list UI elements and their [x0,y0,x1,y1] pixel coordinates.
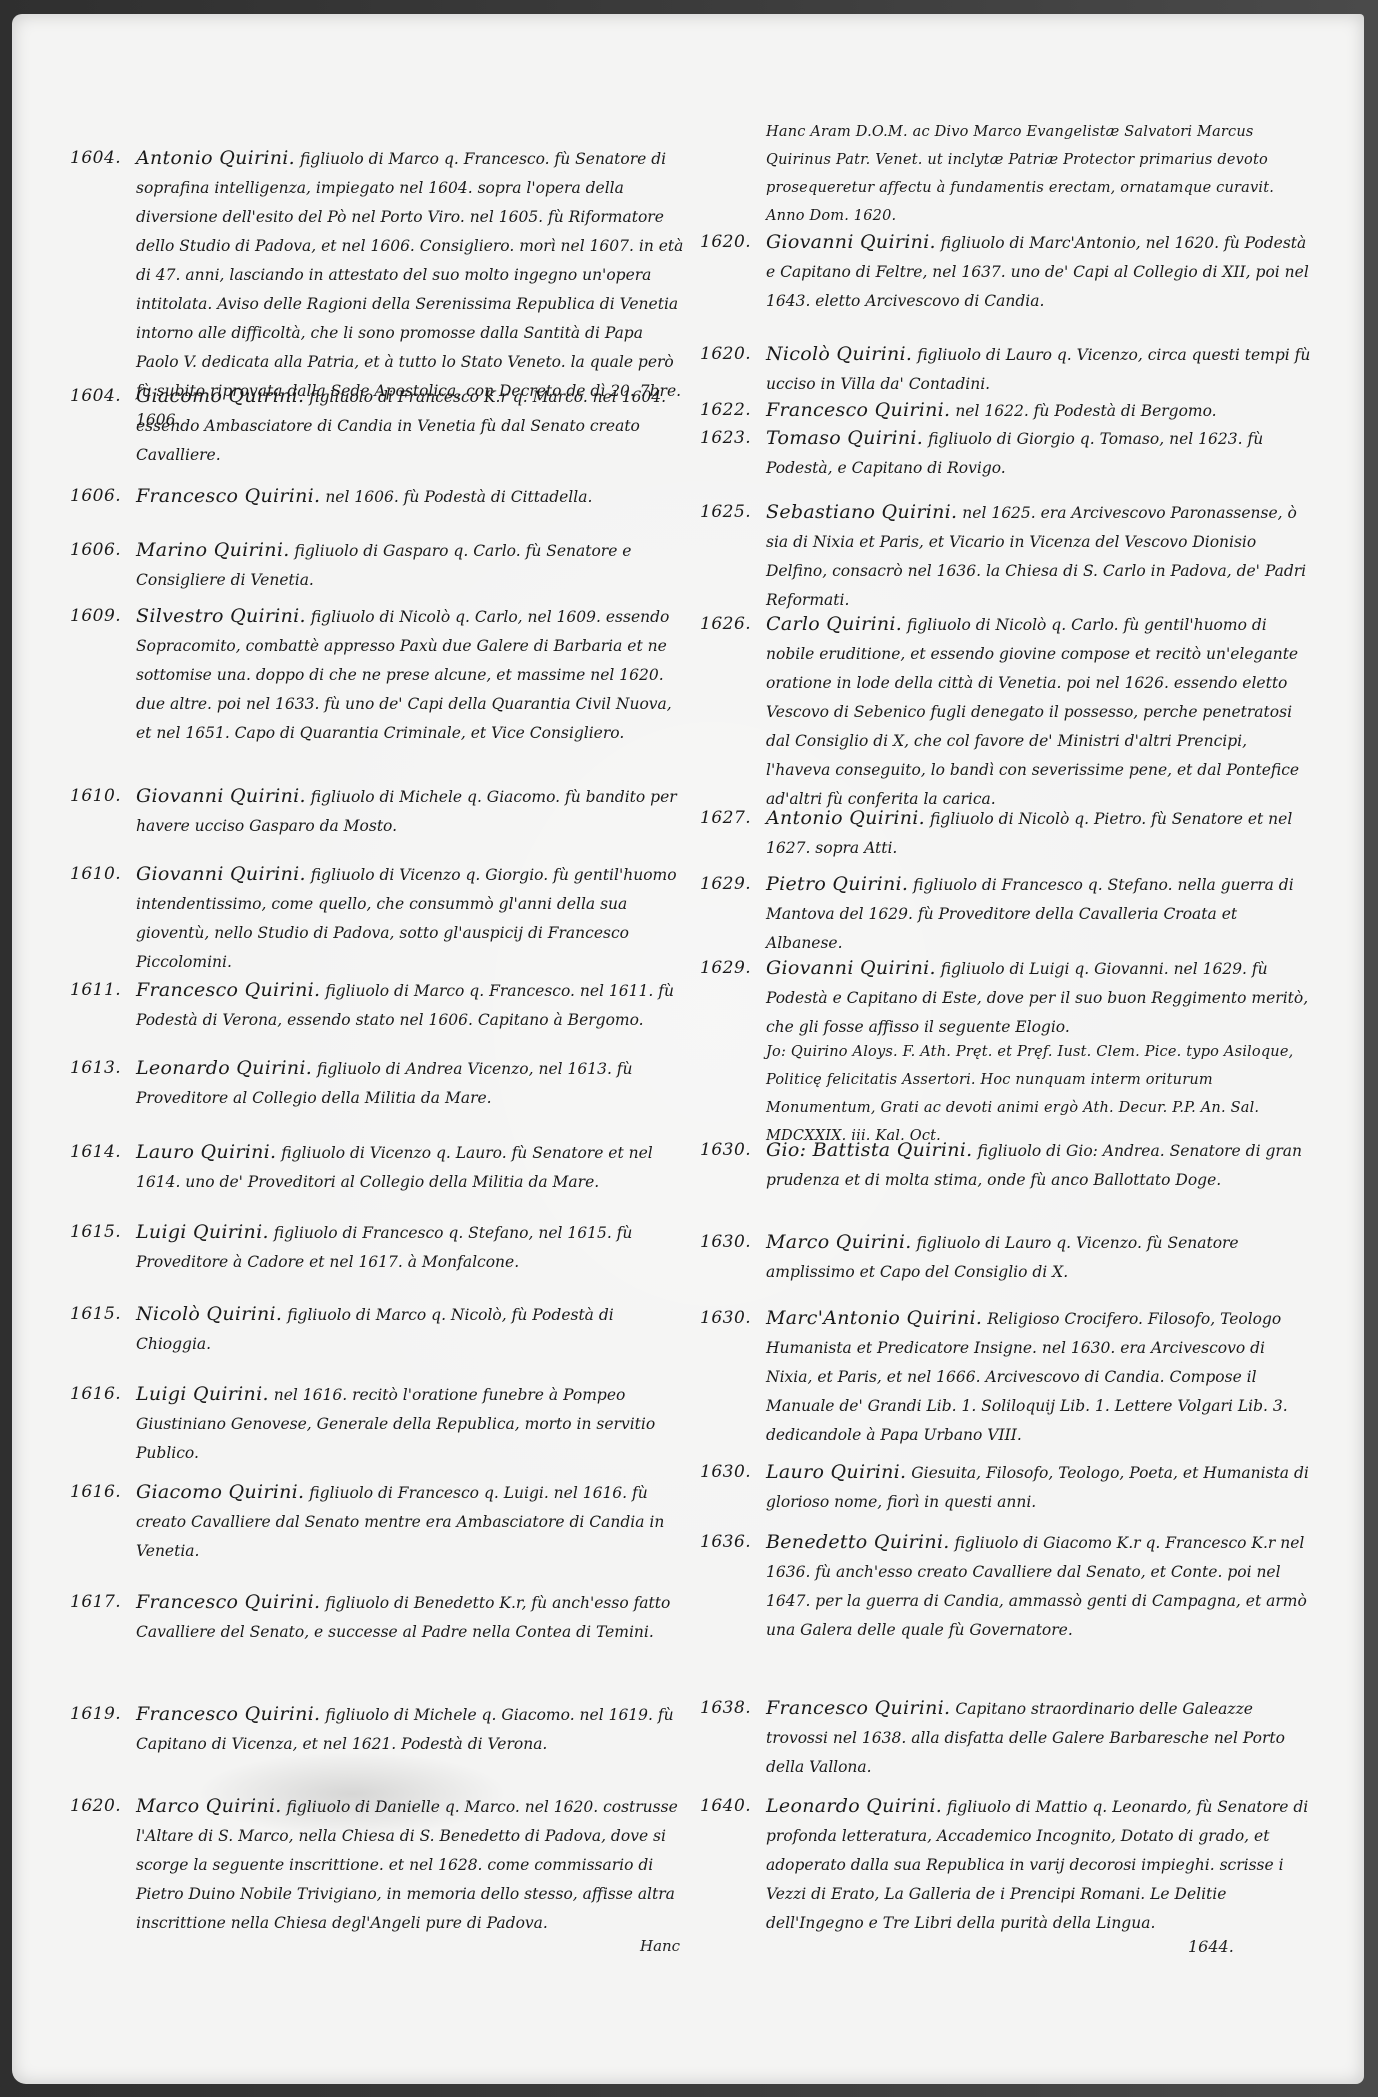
entry-name: Marco Quirini. [766,1231,912,1253]
entry: 1606. Marino Quirini. figliuolo di Gaspa… [70,536,690,595]
entry-year: 1613. [70,1054,132,1083]
entry: 1622. Francesco Quirini. nel 1622. fù Po… [700,396,1315,426]
entry-year: 1629. [700,870,762,899]
page-date: 1644. [1188,1932,1234,1961]
entry-name: Silvestro Quirini. [136,605,306,627]
entry-name: Francesco Quirini. [766,1697,950,1719]
entry-name: Giovanni Quirini. [766,957,936,979]
entry-name: Luigi Quirini. [136,1383,269,1405]
entry: 1617. Francesco Quirini. figliuolo di Be… [70,1588,690,1647]
entry: 1623. Tomaso Quirini. figliuolo di Giorg… [700,424,1315,483]
entry-year: 1609. [70,602,132,631]
entry-year: 1606. [70,536,132,565]
inscription-1629: Jo: Quirino Aloys. F. Ath. Pręt. et Pręf… [766,1038,1316,1150]
entry-year: 1625. [700,498,762,527]
manuscript-page: 1604. Antonio Quirini. figliuolo di Marc… [12,14,1364,2084]
entry-year: 1604. [70,382,132,411]
entry-name: Francesco Quirini. [766,399,950,421]
entry-name: Tomaso Quirini. [766,427,923,449]
entry-name: Benedetto Quirini. [766,1531,950,1553]
entry: 1640. Leonardo Quirini. figliuolo di Mat… [700,1792,1315,1938]
entry: 1629. Pietro Quirini. figliuolo di Franc… [700,870,1315,958]
entry-text: nel 1622. fù Podestà di Bergomo. [955,402,1216,420]
entry: 1616. Giacomo Quirini. figliuolo di Fran… [70,1478,690,1566]
entry-year: 1629. [700,954,762,983]
entry-name: Antonio Quirini. [766,807,925,829]
entry-year: 1610. [70,860,132,889]
entry: 1630. Gio: Battista Quirini. figliuolo d… [700,1136,1315,1195]
entry: 1606. Francesco Quirini. nel 1606. fù Po… [70,482,690,512]
entry-year: 1615. [70,1218,132,1247]
entry-year: 1622. [700,396,762,425]
entry-name: Gio: Battista Quirini. [766,1139,973,1161]
entry: 1638. Francesco Quirini. Capitano straor… [700,1694,1315,1782]
entry: 1616. Luigi Quirini. nel 1616. recitò l'… [70,1380,690,1468]
entry-name: Carlo Quirini. [766,613,902,635]
entry: 1615. Nicolò Quirini. figliuolo di Marco… [70,1300,690,1359]
entry-year: 1620. [70,1792,132,1821]
entry-text: figliuolo di Nicolò q. Carlo. fù gentil'… [766,616,1299,808]
entry: 1620. Giovanni Quirini. figliuolo di Mar… [700,228,1315,316]
entry: 1619. Francesco Quirini. figliuolo di Mi… [70,1700,690,1759]
entry-name: Giacomo Quirini. [136,385,304,407]
entry-name: Leonardo Quirini. [136,1057,312,1079]
entry-name: Francesco Quirini. [136,1591,320,1613]
entry-year: 1616. [70,1380,132,1409]
entry-name: Sebastiano Quirini. [766,501,957,523]
entry: 1630. Lauro Quirini. Giesuita, Filosofo,… [700,1458,1315,1517]
entry-year: 1630. [700,1458,762,1487]
entry: 1613. Leonardo Quirini. figliuolo di And… [70,1054,690,1113]
entry: 1626. Carlo Quirini. figliuolo di Nicolò… [700,610,1315,814]
entry-year: 1640. [700,1792,762,1821]
entry: 1610. Giovanni Quirini. figliuolo di Vic… [70,860,690,977]
entry-year: 1619. [70,1700,132,1729]
entry: 1636. Benedetto Quirini. figliuolo di Gi… [700,1528,1315,1645]
entry-name: Marco Quirini. [136,1795,282,1817]
entry-name: Leonardo Quirini. [766,1795,942,1817]
entry-text: figliuolo di Danielle q. Marco. nel 1620… [136,1798,678,1932]
entry: 1604. Giacomo Quirini. figliuolo di Fran… [70,382,690,470]
entry: 1610. Giovanni Quirini. figliuolo di Mic… [70,782,690,841]
entry-year: 1620. [700,340,762,369]
entry-year: 1636. [700,1528,762,1557]
entry-year: 1611. [70,976,132,1005]
entry-name: Marc'Antonio Quirini. [766,1307,982,1329]
entry-name: Francesco Quirini. [136,1703,320,1725]
entry-name: Marino Quirini. [136,539,290,561]
entry-year: 1630. [700,1304,762,1333]
entry-name: Lauro Quirini. [136,1141,276,1163]
entry-name: Pietro Quirini. [766,873,908,895]
entry-year: 1620. [700,228,762,257]
entry: 1627. Antonio Quirini. figliuolo di Nico… [700,804,1315,863]
entry-name: Francesco Quirini. [136,485,320,507]
entry-name: Lauro Quirini. [766,1461,906,1483]
entry: 1611. Francesco Quirini. figliuolo di Ma… [70,976,690,1035]
entry-name: Giovanni Quirini. [136,863,306,885]
catchword: Hanc [640,1932,680,1961]
entry-year: 1638. [700,1694,762,1723]
entry-name: Giovanni Quirini. [766,231,936,253]
entry-year: 1615. [70,1300,132,1329]
entry-name: Luigi Quirini. [136,1221,269,1243]
inscription-1620: Hanc Aram D.O.M. ac Divo Marco Evangelis… [766,118,1316,230]
entry-name: Nicolò Quirini. [766,343,912,365]
entry-year: 1630. [700,1228,762,1257]
entry-year: 1623. [700,424,762,453]
entry-name: Antonio Quirini. [136,147,295,169]
entry-name: Nicolò Quirini. [136,1303,282,1325]
entry: 1620. Marco Quirini. figliuolo di Daniel… [70,1792,690,1938]
entry: 1615. Luigi Quirini. figliuolo di France… [70,1218,690,1277]
entry: 1629. Giovanni Quirini. figliuolo di Lui… [700,954,1315,1042]
entry-name: Giacomo Quirini. [136,1481,304,1503]
entry-year: 1626. [700,610,762,639]
entry-text: Religioso Crocifero. Filosofo, Teologo H… [766,1310,1288,1444]
entry-name: Giovanni Quirini. [136,785,306,807]
entry-year: 1610. [70,782,132,811]
entry-year: 1627. [700,804,762,833]
entry: 1630. Marco Quirini. figliuolo di Lauro … [700,1228,1315,1287]
entry: 1630. Marc'Antonio Quirini. Religioso Cr… [700,1304,1315,1450]
entry-year: 1617. [70,1588,132,1617]
entry-year: 1606. [70,482,132,511]
entry-name: Francesco Quirini. [136,979,320,1001]
entry: 1625. Sebastiano Quirini. nel 1625. era … [700,498,1315,615]
entry-year: 1630. [700,1136,762,1165]
entry: 1609. Silvestro Quirini. figliuolo di Ni… [70,602,690,748]
entry: 1620. Nicolò Quirini. figliuolo di Lauro… [700,340,1315,399]
entry-text: nel 1606. fù Podestà di Cittadella. [325,488,592,506]
entry-text: figliuolo di Mattio q. Leonardo, fù Sena… [766,1798,1308,1932]
entry-text: figliuolo di Nicolò q. Carlo, nel 1609. … [136,608,672,742]
entry-year: 1604. [70,144,132,173]
entry-year: 1614. [70,1138,132,1167]
entry-year: 1616. [70,1478,132,1507]
entry: 1614. Lauro Quirini. figliuolo di Vicenz… [70,1138,690,1197]
